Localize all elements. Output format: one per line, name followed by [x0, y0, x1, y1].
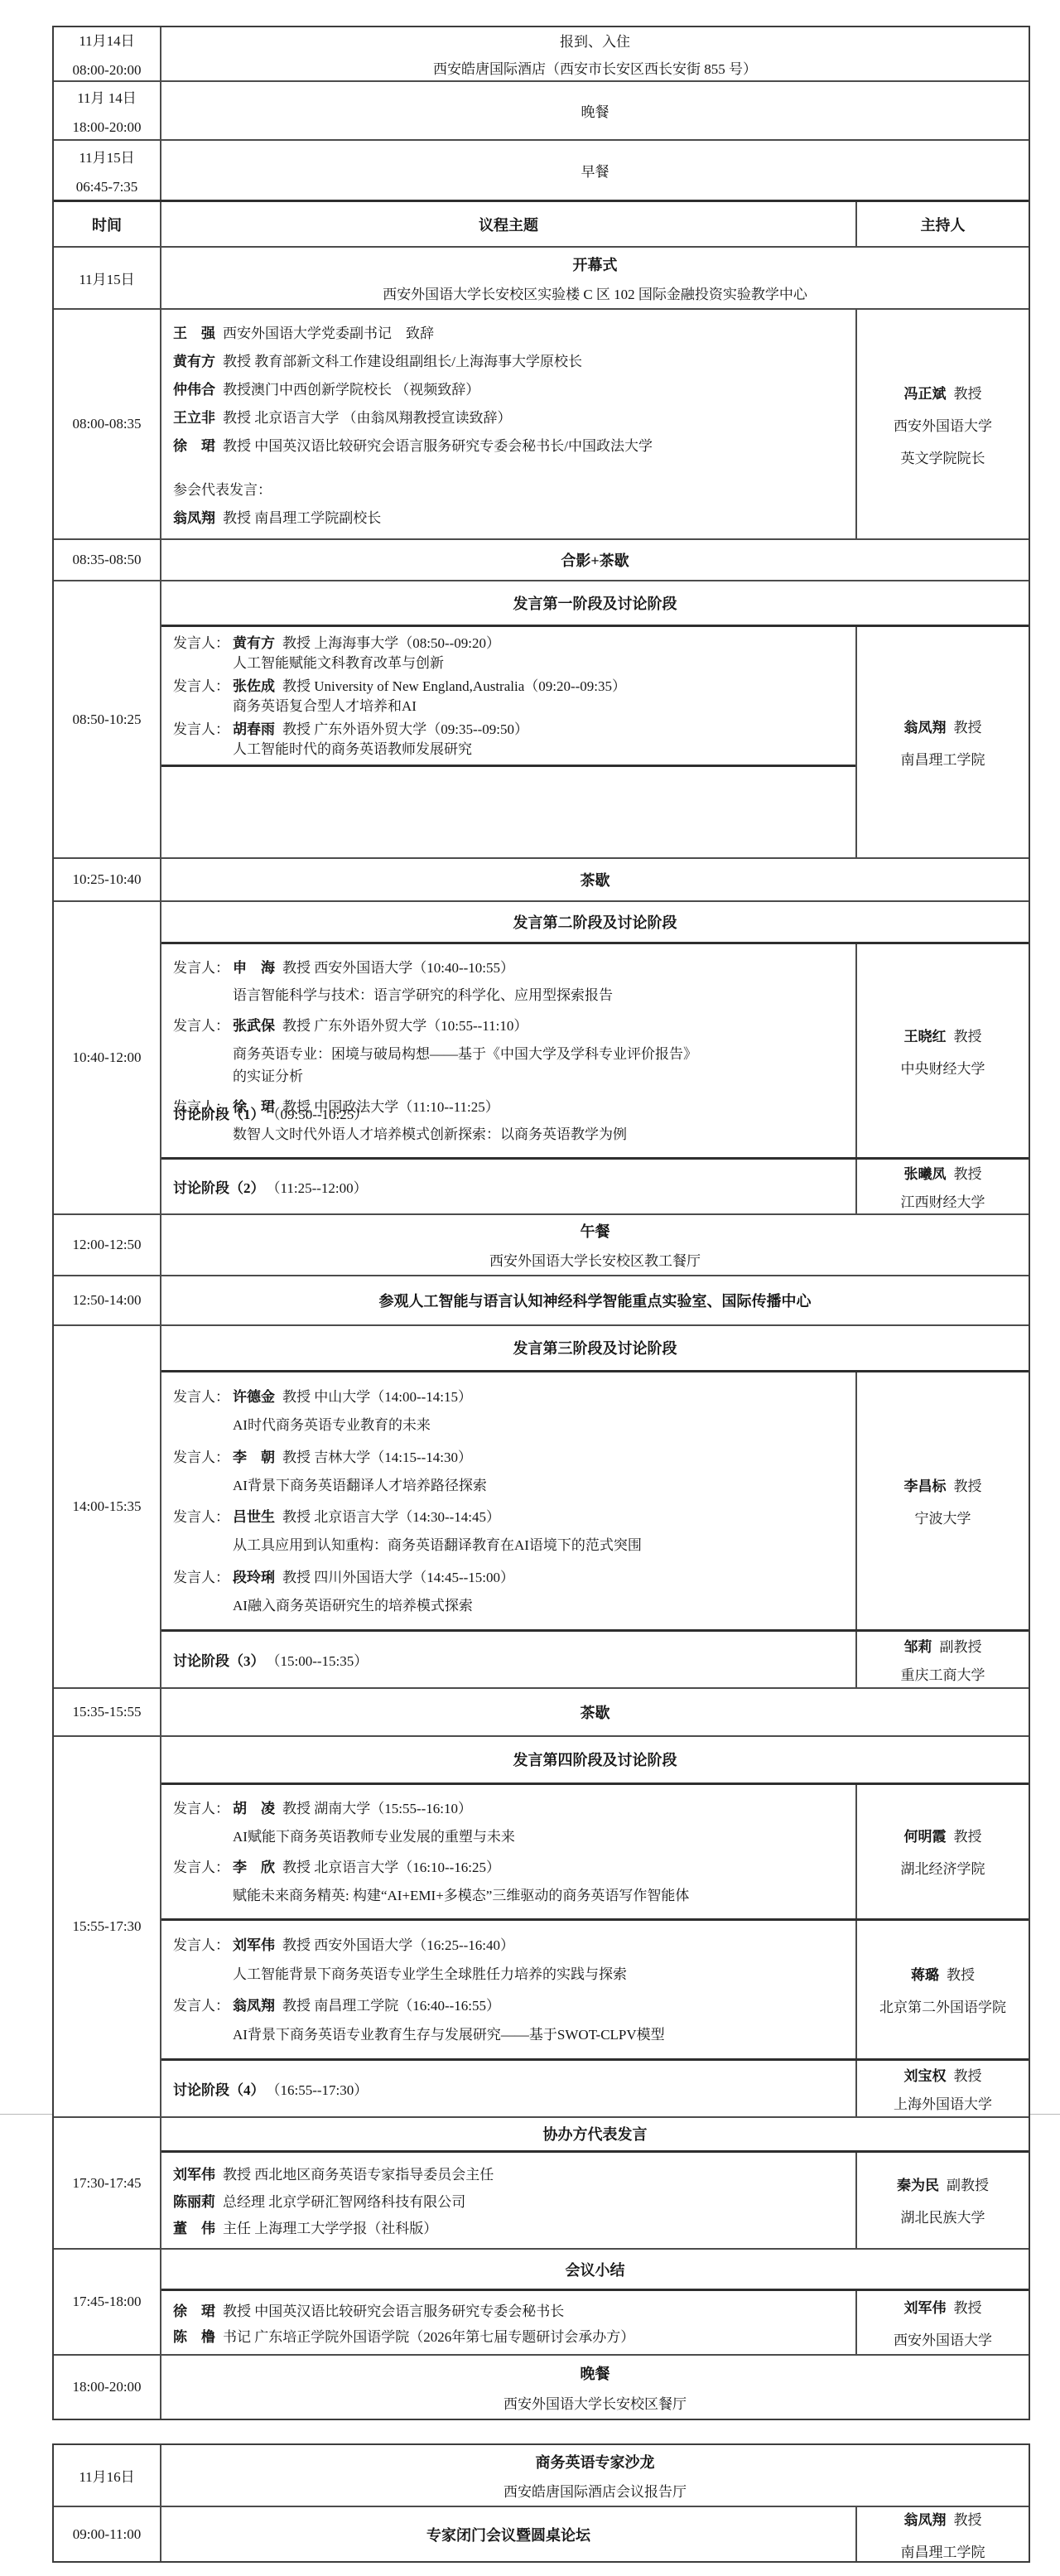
- row-lunch: 12:00-12:50 午餐 西安外国语大学长安校区教工餐厅: [54, 1213, 1029, 1275]
- column-header-topic: 议程主题: [161, 202, 855, 246]
- speaker-line: 发言人：胡春雨教授 广东外语外贸大学（09:35--09:50）: [173, 717, 850, 738]
- date-cell: 11月15日: [54, 248, 161, 308]
- host-org: 湖北民族大学: [901, 2206, 985, 2226]
- host-cell: 翁凤翔教授 南昌理工学院: [855, 2507, 1029, 2561]
- host-name: 邹莉: [904, 1639, 932, 1655]
- speaker-line: 发言人：李 欣教授 北京语言大学（16:10--16:25）: [173, 1855, 850, 1876]
- event-title: 合影+茶歇: [561, 549, 629, 571]
- host-name: 翁凤翔: [904, 720, 947, 736]
- time-cell: 18:00-20:00: [54, 2356, 161, 2419]
- time-label: 06:45-7:35: [76, 179, 138, 195]
- time-cell: 12:00-12:50: [54, 1215, 161, 1275]
- speaker-topic: 从工具应用到认知重构：商务英语翻译教育在AI语境下的范式突围: [233, 1534, 850, 1556]
- host-org: 南昌理工学院: [901, 748, 985, 769]
- speaker-topic: 赋能未来商务精英: 构建“AI+EMI+多模态”三维驱动的商务英语写作智能体: [233, 1884, 850, 1907]
- host-cell: 冯正斌教授 西安外国语大学 英文学院院长: [855, 310, 1029, 538]
- speaker-topic: 人工智能时代的商务英语教师发展研究: [233, 738, 850, 760]
- speaker-topic: 语言智能科学与技术：语言学研究的科学化、应用型探索报告: [233, 984, 850, 1006]
- speech-list: 王 强西安外国语大学党委副书记 致辞 黄有方教授 教育部新文科工作建设组副组长/…: [161, 310, 855, 538]
- event-location: 西安外国语大学长安校区教工餐厅: [489, 1249, 701, 1270]
- note-line: 参会代表发言：: [173, 478, 850, 499]
- host-name: 张曦凤: [904, 1166, 947, 1182]
- event-cell: 茶歇: [161, 859, 1029, 900]
- time-label: 08:00-08:35: [72, 416, 141, 432]
- host-title: 教授: [954, 2300, 982, 2316]
- speaker-list: 发言人：刘军伟教授 西安外国语大学（16:25--16:40） 人工智能背景下商…: [161, 1921, 855, 2058]
- row-opening-speeches: 08:00-08:35 王 强西安外国语大学党委副书记 致辞 黄有方教授 教育部…: [54, 308, 1029, 538]
- time-cell: 11月14日 08:00-20:00: [54, 27, 161, 80]
- event-title: 早餐: [581, 160, 609, 181]
- time-label: 17:45-18:00: [72, 2294, 141, 2310]
- time-cell: 14:00-15:35: [54, 1326, 161, 1687]
- event-title: 晚餐: [581, 2362, 610, 2384]
- speech-line: 徐 珺教授 中国英汉语比较研究会语言服务研究专委会秘书长/中国政法大学: [173, 434, 850, 455]
- row-tea1: 10:25-10:40 茶歇: [54, 857, 1029, 900]
- time-label: 18:00-20:00: [72, 119, 141, 136]
- host-name: 刘宝权: [904, 2068, 947, 2084]
- host-title: 教授: [954, 2512, 982, 2528]
- time-label: 15:55-17:30: [72, 1918, 141, 1935]
- speaker-line: 发言人：李 朝教授 吉林大学（14:15--14:30）: [173, 1445, 850, 1466]
- event-cell: 报到、入住 西安皓唐国际酒店（西安市长安区西长安街 855 号）: [161, 27, 1029, 80]
- event-cell: 晚餐 西安外国语大学长安校区餐厅: [161, 2356, 1029, 2419]
- event-cell: 晚餐: [161, 82, 1029, 139]
- row-dinner-nov15: 18:00-20:00 晚餐 西安外国语大学长安校区餐厅: [54, 2354, 1029, 2419]
- host-org: 中央财经大学: [901, 1057, 985, 1078]
- speech-line: 王立非教授 北京语言大学 （由翁凤翔教授宣读致辞）: [173, 406, 850, 427]
- event-title: 晚餐: [581, 100, 609, 121]
- event-cell: 参观人工智能与语言认知神经科学智能重点实验室、国际传播中心: [161, 1276, 1029, 1324]
- speaker-line: 发言人：翁凤翔教授 南昌理工学院（16:40--16:55）: [173, 1994, 850, 2014]
- host-org: 上海外国语大学: [894, 2092, 992, 2113]
- host-cell: 刘军伟教授 西安外国语大学: [855, 2291, 1029, 2354]
- speaker-topic: 商务英语复合型人才培养和AI: [233, 695, 850, 717]
- host-title: 教授: [954, 386, 982, 402]
- speaker-list: 刘军伟教授 西北地区商务英语专家指导委员会主任 陈丽莉总经理 北京学研汇智网络科…: [161, 2153, 855, 2249]
- speech-line: 董 伟主任 上海理工大学学报（社科版）: [173, 2217, 850, 2237]
- opening-ceremony-title: 开幕式: [573, 253, 618, 275]
- time-label: 15:35-15:55: [72, 1704, 141, 1720]
- speaker-line: 发言人：许德金教授 中山大学（14:00--14:15）: [173, 1385, 850, 1406]
- speaker-line: 发言人：段玲琍教授 四川外国语大学（14:45--15:00）: [173, 1565, 850, 1586]
- host-name: 何明霞: [904, 1829, 947, 1845]
- host-title: 副教授: [947, 2178, 989, 2193]
- section-stage3: 14:00-15:35 发言第三阶段及讨论阶段 发言人：许德金教授 中山大学（1…: [54, 1324, 1029, 1687]
- host-cell: 李昌标教授 宁波大学: [855, 1372, 1029, 1630]
- row-opening-title: 11月15日 开幕式 西安外国语大学长安校区实验楼 C 区 102 国际金融投资…: [54, 246, 1029, 308]
- speech-line: 仲伟合教授澳门中西创新学院校长 （视频致辞）: [173, 378, 850, 398]
- speech-line: 刘军伟教授 西北地区商务英语专家指导委员会主任: [173, 2163, 850, 2183]
- row-dinner-nov14: 11月 14日 18:00-20:00 晚餐: [54, 80, 1029, 139]
- speaker-list: 发言人：黄有方教授 上海海事大学（08:50--09:20） 人工智能赋能文科教…: [161, 627, 855, 765]
- time-cell: 08:35-08:50: [54, 540, 161, 580]
- host-cell: 王晓红教授 中央财经大学: [855, 944, 1029, 1158]
- host-name: 王晓红: [904, 1029, 947, 1044]
- time-label: 17:30-17:45: [72, 2175, 141, 2192]
- section-summary: 17:45-18:00 会议小结 徐 珺教授 中国英汉语比较研究会语言服务研究专…: [54, 2248, 1029, 2354]
- time-cell: 17:45-18:00: [54, 2250, 161, 2354]
- row-closed-door-forum: 09:00-11:00 专家闭门会议暨圆桌论坛 翁凤翔教授 南昌理工学院: [54, 2506, 1029, 2561]
- host-org: 北京第二外国语学院: [879, 1995, 1006, 2016]
- host-title: 教授: [954, 1829, 982, 1845]
- time-label: 08:35-08:50: [72, 552, 141, 568]
- event-cell: 开幕式 西安外国语大学长安校区实验楼 C 区 102 国际金融投资实验教学中心: [161, 248, 1029, 308]
- host-name: 冯正斌: [904, 386, 947, 402]
- host-cell: 蒋璐教授 北京第二外国语学院: [855, 1921, 1029, 2058]
- time-label: 12:00-12:50: [72, 1237, 141, 1253]
- time-label: 14:00-15:35: [72, 1498, 141, 1515]
- speaker-topic: AI融入商务英语研究生的培养模式探索: [233, 1594, 850, 1617]
- host-title: 副教授: [940, 1639, 982, 1655]
- speech-line: 翁凤翔教授 南昌理工学院副校长: [173, 506, 850, 527]
- host-title: 教授: [954, 1479, 982, 1494]
- section-stage2: 10:40-12:00 发言第二阶段及讨论阶段 发言人：申 海教授 西安外国语大…: [54, 900, 1029, 1213]
- speaker-topic: AI时代商务英语专业教育的未来: [233, 1414, 850, 1436]
- host-title: 教授: [954, 720, 982, 736]
- time-label: 08:50-10:25: [72, 712, 141, 728]
- host-name: 李昌标: [904, 1479, 947, 1494]
- speaker-line: 发言人：徐 珺教授 中国政法大学（11:10--11:25）: [173, 1095, 850, 1116]
- host-title: 教授: [954, 2068, 982, 2084]
- speaker-topic: 数智人文时代外语人才培养模式创新探索：以商务英语教学为例: [233, 1123, 850, 1146]
- host-org: 南昌理工学院: [901, 2540, 985, 2561]
- speaker-topic: 人工智能背景下商务英语专业学生全球胜任力培养的实践与探索: [233, 1963, 850, 1985]
- event-title: 专家闭门会议暨圆桌论坛: [161, 2507, 855, 2561]
- event-title: 报到、入住: [560, 30, 630, 51]
- host-name: 翁凤翔: [904, 2512, 947, 2528]
- conference-schedule-table-day2: 11月16日 商务英语专家沙龙 西安皓唐国际酒店会议报告厅 09:00-11:0…: [52, 2443, 1030, 2563]
- time-label: 10:25-10:40: [72, 871, 141, 888]
- time-label: 08:00-20:00: [72, 62, 141, 79]
- speech-line: 王 强西安外国语大学党委副书记 致辞: [173, 321, 850, 342]
- host-cell: 何明霞教授 湖北经济学院: [855, 1785, 1029, 1918]
- summary-header: 会议小结: [161, 2250, 1029, 2289]
- time-cell: 08:00-08:35: [54, 310, 161, 538]
- time-label: 18:00-20:00: [72, 2379, 141, 2395]
- host-org: 西安外国语大学: [894, 2328, 992, 2349]
- time-cell: 12:50-14:00: [54, 1276, 161, 1324]
- host-org: 江西财经大学: [901, 1190, 985, 1211]
- event-title: 参观人工智能与语言认知神经科学智能重点实验室、国际传播中心: [379, 1290, 812, 1311]
- time-label: 10:40-12:00: [72, 1049, 141, 1066]
- speaker-line: 发言人：刘军伟教授 西安外国语大学（16:25--16:40）: [173, 1933, 850, 1954]
- section-stage1: 08:50-10:25 发言第一阶段及讨论阶段 发言人：黄有方教授 上海海事大学…: [54, 580, 1029, 857]
- speaker-list: 发言人：许德金教授 中山大学（14:00--14:15） AI时代商务英语专业教…: [161, 1372, 855, 1630]
- speaker-topic: AI赋能下商务英语教师专业发展的重塑与未来: [233, 1826, 850, 1848]
- host-title: 教授: [954, 1029, 982, 1044]
- host-title: 教授: [954, 1166, 982, 1182]
- host-cell: 刘宝权教授 上海外国语大学: [855, 2061, 1029, 2116]
- row-breakfast: 11月15日 06:45-7:35 早餐: [54, 139, 1029, 200]
- discussion-row: 讨论阶段（4）（16:55--17:30）: [161, 2061, 855, 2116]
- row-lab-visit: 12:50-14:00 参观人工智能与语言认知神经科学智能重点实验室、国际传播中…: [54, 1275, 1029, 1324]
- stage1-header: 发言第一阶段及讨论阶段: [161, 581, 1029, 625]
- speech-line: 黄有方教授 教育部新文科工作建设组副组长/上海海事大学原校长: [173, 350, 850, 370]
- event-title: 午餐: [581, 1220, 610, 1242]
- row-photo-tea: 08:35-08:50 合影+茶歇: [54, 538, 1029, 580]
- host-name: 刘军伟: [904, 2300, 947, 2316]
- host-org: 重庆工商大学: [901, 1663, 985, 1684]
- time-cell: 11月 14日 18:00-20:00: [54, 82, 161, 139]
- host-cell: 秦为民副教授 湖北民族大学: [855, 2153, 1029, 2249]
- speaker-line: 发言人：张佐成教授 University of New England,Aust…: [173, 674, 850, 695]
- stage2-header: 发言第二阶段及讨论阶段: [161, 902, 1029, 942]
- time-cell: 08:50-10:25: [54, 581, 161, 857]
- date-cell: 11月16日: [54, 2445, 161, 2506]
- cohost-header: 协办方代表发言: [161, 2118, 1029, 2150]
- speaker-topic: AI背景下商务英语专业教育生存与发展研究——基于SWOT-CLPV模型: [233, 2024, 850, 2046]
- discussion-row: 讨论阶段（2）（11:25--12:00）: [161, 1160, 855, 1213]
- speaker-list: 发言人：胡 凌教授 湖南大学（15:55--16:10） AI赋能下商务英语教师…: [161, 1785, 855, 1918]
- speech-line: 陈 橹书记 广东培正学院外国语学院（2026年第七届专题研讨会承办方）: [173, 2325, 850, 2346]
- row-expert-salon: 11月16日 商务英语专家沙龙 西安皓唐国际酒店会议报告厅: [54, 2445, 1029, 2506]
- speaker-topic: 商务英语专业：困境与破局构想——基于《中国大学及学科专业评价报告》 的实证分析: [233, 1043, 850, 1088]
- host-name: 蒋璐: [911, 1967, 939, 1983]
- host-cell: 翁凤翔教授 南昌理工学院: [855, 627, 1029, 857]
- speaker-line: 发言人：张武保教授 广东外语外贸大学（10:55--11:10）: [173, 1014, 850, 1035]
- speaker-line: 发言人：胡 凌教授 湖南大学（15:55--16:10）: [173, 1797, 850, 1817]
- host-name: 秦为民: [897, 2178, 939, 2193]
- date-label: 11月14日: [79, 29, 134, 50]
- time-cell: 10:25-10:40: [54, 859, 161, 900]
- column-header-row: 时间 议程主题 主持人: [54, 200, 1029, 246]
- speaker-line: 发言人：申 海教授 西安外国语大学（10:40--10:55）: [173, 956, 850, 977]
- stage4-header: 发言第四阶段及讨论阶段: [161, 1737, 1029, 1782]
- speaker-topic: 人工智能赋能文科教育改革与创新: [233, 652, 850, 674]
- date-label: 11月15日: [79, 146, 134, 166]
- event-location: 西安皓唐国际酒店会议报告厅: [503, 2480, 687, 2501]
- time-cell: 10:40-12:00: [54, 902, 161, 1213]
- date-label: 11月16日: [79, 2465, 134, 2486]
- host-title: 教授: [947, 1967, 975, 1983]
- date-label: 11月15日: [79, 268, 134, 288]
- event-cell: 茶歇: [161, 1689, 1029, 1735]
- event-cell: 午餐 西安外国语大学长安校区教工餐厅: [161, 1215, 1029, 1275]
- event-cell: 商务英语专家沙龙 西安皓唐国际酒店会议报告厅: [161, 2445, 1029, 2506]
- host-org: 宁波大学: [915, 1507, 971, 1527]
- time-cell: 17:30-17:45: [54, 2118, 161, 2248]
- speech-line: 陈丽莉总经理 北京学研汇智网络科技有限公司: [173, 2190, 850, 2211]
- event-location: 西安外国语大学长安校区餐厅: [503, 2392, 687, 2413]
- host-org: 湖北经济学院: [901, 1857, 985, 1878]
- host-org2: 英文学院院长: [901, 446, 985, 467]
- time-cell: 09:00-11:00: [54, 2507, 161, 2561]
- section-cohost: 17:30-17:45 协办方代表发言 刘军伟教授 西北地区商务英语专家指导委员…: [54, 2116, 1029, 2248]
- time-cell: 15:55-17:30: [54, 1737, 161, 2116]
- host-cell: 邹莉副教授 重庆工商大学: [855, 1632, 1029, 1687]
- event-cell: 早餐: [161, 141, 1029, 200]
- speaker-list: 发言人：申 海教授 西安外国语大学（10:40--10:55） 语言智能科学与技…: [161, 944, 855, 1158]
- host-org: 西安外国语大学: [894, 414, 992, 435]
- time-cell: 15:35-15:55: [54, 1689, 161, 1735]
- column-header-time: 时间: [54, 202, 161, 246]
- spacer: [173, 462, 850, 470]
- event-title: 茶歇: [581, 1701, 610, 1723]
- row-tea2: 15:35-15:55 茶歇: [54, 1687, 1029, 1735]
- speaker-line: 发言人：黄有方教授 上海海事大学（08:50--09:20）: [173, 631, 850, 652]
- event-cell: 合影+茶歇: [161, 540, 1029, 580]
- row-checkin: 11月14日 08:00-20:00 报到、入住 西安皓唐国际酒店（西安市长安区…: [54, 27, 1029, 80]
- opening-ceremony-location: 西安外国语大学长安校区实验楼 C 区 102 国际金融投资实验教学中心: [383, 282, 807, 303]
- stage3-header: 发言第三阶段及讨论阶段: [161, 1326, 1029, 1370]
- time-label: 12:50-14:00: [72, 1292, 141, 1309]
- date-label: 11月 14日: [77, 86, 137, 107]
- time-cell: 11月15日 06:45-7:35: [54, 141, 161, 200]
- discussion-row: 讨论阶段（3）（15:00--15:35）: [161, 1632, 855, 1687]
- host-cell: 张曦凤教授 江西财经大学: [855, 1160, 1029, 1213]
- speaker-list: 徐 珺教授 中国英汉语比较研究会语言服务研究专委会秘书长 陈 橹书记 广东培正学…: [161, 2291, 855, 2354]
- speaker-topic: AI背景下商务英语翻译人才培养路径探索: [233, 1474, 850, 1497]
- speaker-line: 发言人：吕世生教授 北京语言大学（14:30--14:45）: [173, 1505, 850, 1526]
- conference-schedule-table-day1: 11月14日 08:00-20:00 报到、入住 西安皓唐国际酒店（西安市长安区…: [52, 26, 1030, 2420]
- column-header-host: 主持人: [855, 202, 1029, 246]
- section-stage4: 15:55-17:30 发言第四阶段及讨论阶段 发言人：胡 凌教授 湖南大学（1…: [54, 1735, 1029, 2116]
- event-location: 西安皓唐国际酒店（西安市长安区西长安街 855 号）: [433, 57, 757, 78]
- event-title: 茶歇: [581, 869, 610, 890]
- speech-line: 徐 珺教授 中国英汉语比较研究会语言服务研究专委会秘书长: [173, 2299, 850, 2320]
- time-label: 09:00-11:00: [73, 2526, 141, 2543]
- event-title: 商务英语专家沙龙: [536, 2451, 655, 2472]
